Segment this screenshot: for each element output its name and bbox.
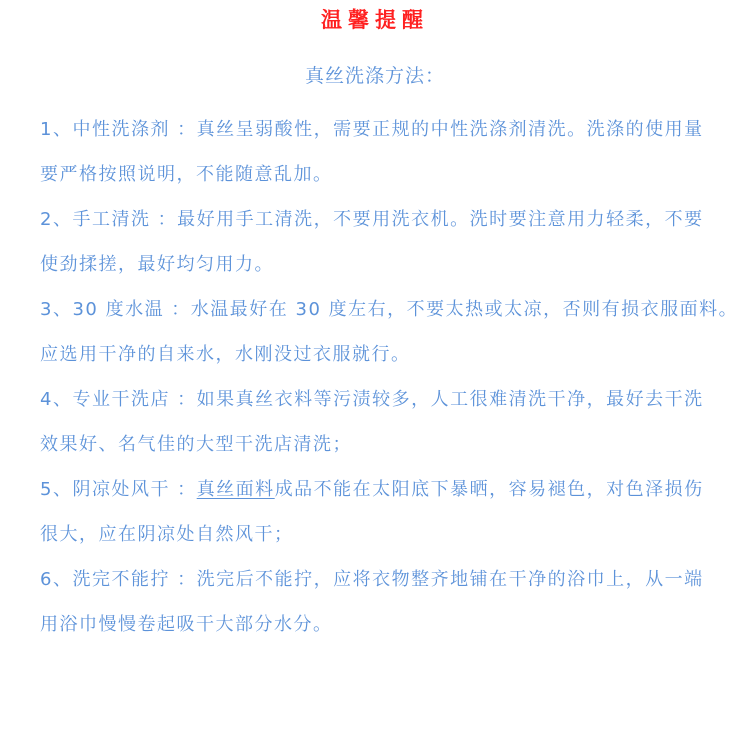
instruction-5-line-2: 很大，应在阴凉处自然风干； [40,512,722,557]
instruction-item-4: 4、专业干洗店 ：如果真丝衣料等污渍较多，人工很难清洗干净，最好去干洗 效果好、… [40,377,722,467]
instruction-item-1: 1、中性洗涤剂 ：真丝呈弱酸性，需要正规的中性洗涤剂清洗。洗涤的使用量 要严格按… [40,107,722,197]
instruction-6-line-1: 6、洗完不能拧 ：洗完后不能拧，应将衣物整齐地铺在干净的浴巾上，从一端 [40,557,722,602]
page-title: 温馨提醒 [0,0,750,33]
instructions-list: 1、中性洗涤剂 ：真丝呈弱酸性，需要正规的中性洗涤剂清洗。洗涤的使用量 要严格按… [40,107,722,647]
instruction-2-line-1: 2、手工清洗 ：最好用手工清洗，不要用洗衣机。洗时要注意用力轻柔，不要 [40,197,722,242]
instruction-5-line-1: 5、阴凉处风干 ：真丝面料成品不能在太阳底下暴晒，容易褪色，对色泽损伤 [40,467,722,512]
section-subtitle: 真丝洗涤方法： [0,63,750,89]
instruction-item-5: 5、阴凉处风干 ：真丝面料成品不能在太阳底下暴晒，容易褪色，对色泽损伤 很大，应… [40,467,722,557]
instruction-4-line-1: 4、专业干洗店 ：如果真丝衣料等污渍较多，人工很难清洗干净，最好去干洗 [40,377,722,422]
instruction-3-line-2: 应选用干净的自来水，水刚没过衣服就行。 [40,332,722,377]
instruction-5-suffix: 成品不能在太阳底下暴晒，容易褪色，对色泽损伤 [275,479,704,500]
instruction-3-line-1: 3、30 度水温 ：水温最好在 30 度左右，不要太热或太凉，否则有损衣服面料。 [40,287,722,332]
care-instructions-page: 温馨提醒 真丝洗涤方法： 1、中性洗涤剂 ：真丝呈弱酸性，需要正规的中性洗涤剂清… [0,0,750,737]
instruction-5-prefix: 5、阴凉处风干 ： [40,479,197,500]
instruction-4-line-2: 效果好、名气佳的大型干洗店清洗； [40,422,722,467]
instruction-1-line-2: 要严格按照说明，不能随意乱加。 [40,152,722,197]
instruction-2-line-2: 使劲揉搓，最好均匀用力。 [40,242,722,287]
instruction-1-line-1: 1、中性洗涤剂 ：真丝呈弱酸性，需要正规的中性洗涤剂清洗。洗涤的使用量 [40,107,722,152]
silk-fabric-underlined-text: 真丝面料 [197,479,275,500]
instruction-6-line-2: 用浴巾慢慢卷起吸干大部分水分。 [40,602,722,647]
instruction-item-6: 6、洗完不能拧 ：洗完后不能拧，应将衣物整齐地铺在干净的浴巾上，从一端 用浴巾慢… [40,557,722,647]
instruction-item-2: 2、手工清洗 ：最好用手工清洗，不要用洗衣机。洗时要注意用力轻柔，不要 使劲揉搓… [40,197,722,287]
instruction-item-3: 3、30 度水温 ：水温最好在 30 度左右，不要太热或太凉，否则有损衣服面料。… [40,287,722,377]
